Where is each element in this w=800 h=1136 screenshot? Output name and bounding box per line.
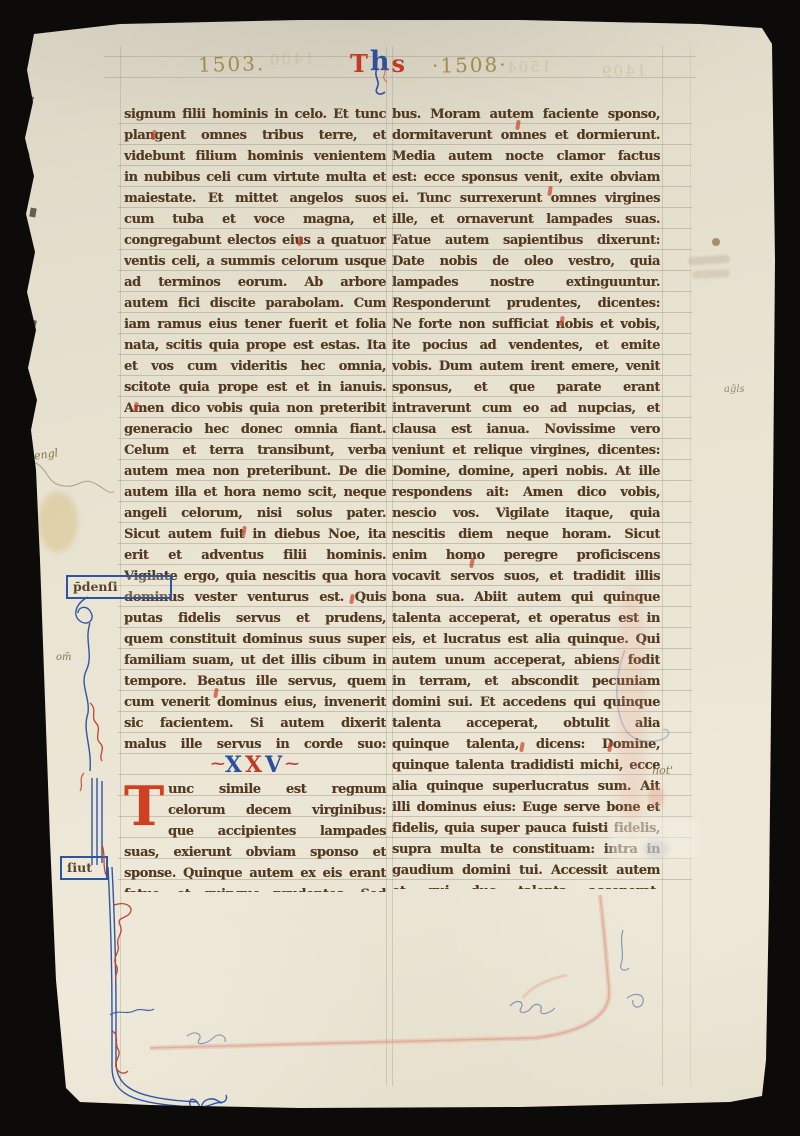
edge-chip	[29, 208, 36, 218]
marginal-note-squiggle	[30, 458, 120, 498]
show-through-text-smudge	[692, 269, 730, 279]
running-title-flourish	[369, 66, 399, 100]
chapter-glyph: X	[245, 752, 265, 778]
chapter-glyph: V	[265, 752, 285, 778]
parchment-leaf: 1503. ·1508· Ths 1400 1504 1409 signum f…	[0, 0, 800, 1136]
show-through-number: 1409	[600, 61, 647, 81]
edge-chip	[29, 319, 37, 328]
show-through-number: 1400	[268, 49, 315, 69]
manuscript-photo: 1503. ·1508· Ths 1400 1504 1409 signum f…	[0, 0, 800, 1136]
stain-spot	[712, 238, 720, 246]
edge-chip	[23, 149, 30, 157]
edge-chip	[26, 95, 34, 105]
running-title-letter: T	[350, 49, 370, 78]
marginal-note-angl: aḡls	[724, 384, 745, 395]
show-through-flourish-bottom	[115, 880, 695, 1055]
chapter-flourish: ⁓	[285, 756, 299, 772]
show-through-text-smudge	[688, 255, 730, 266]
show-through-curl-right	[595, 640, 685, 760]
marginal-note-nota: not'	[652, 764, 673, 777]
stain-wax	[38, 492, 78, 552]
folio-number-right: ·1508·	[432, 52, 508, 77]
folio-number-left: 1503.	[198, 51, 266, 77]
right-column-text: bus. Moram autem faciente sponso, dormit…	[392, 104, 660, 889]
edge-chip	[23, 370, 29, 378]
edge-chip	[24, 263, 31, 272]
show-through-number: 1504	[505, 57, 552, 77]
